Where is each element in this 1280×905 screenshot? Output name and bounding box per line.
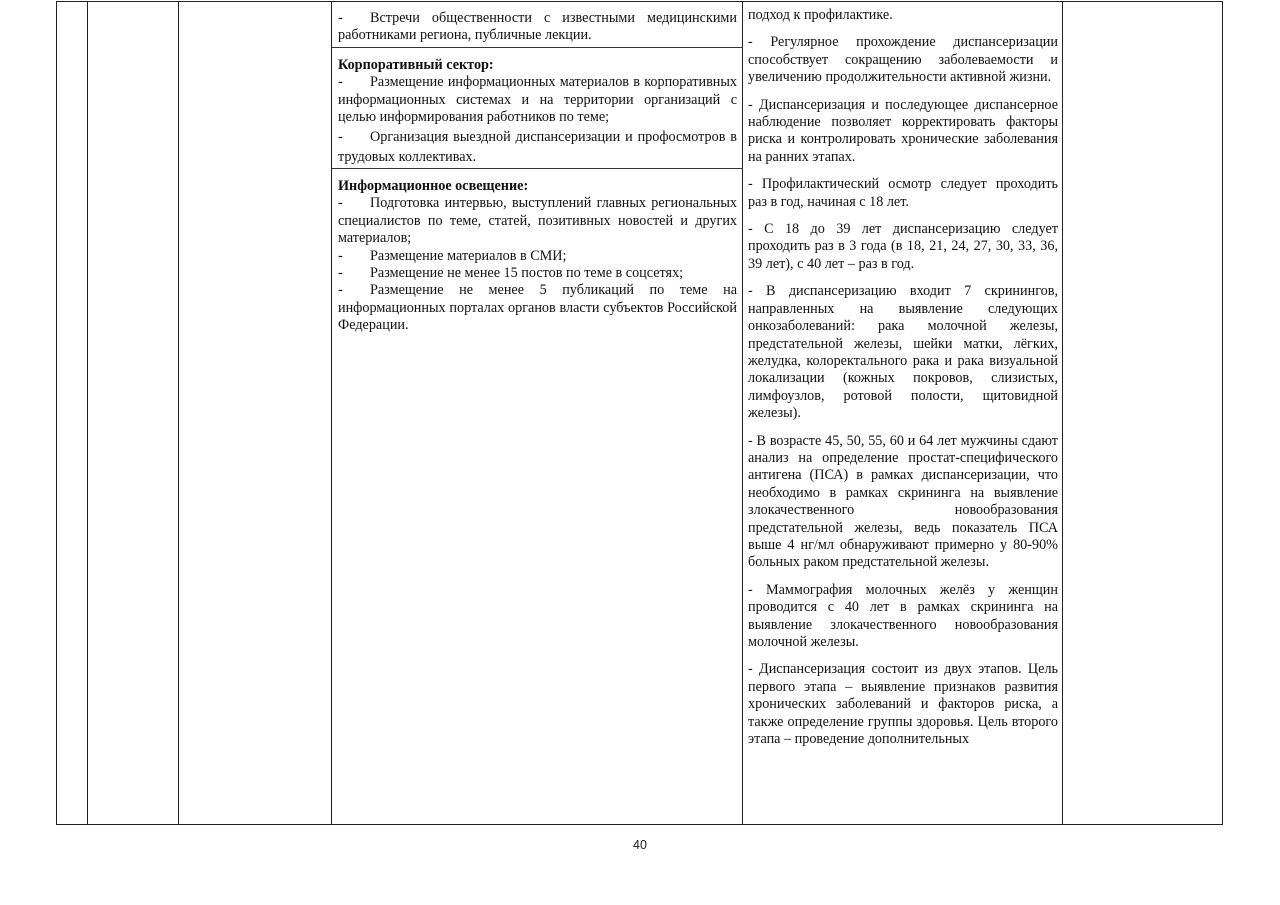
paragraph: - Маммография молочных желёз у женщин пр… [748, 582, 1058, 652]
table-cell-col2 [88, 2, 178, 824]
bullet-dash: - [338, 10, 370, 27]
row-divider [332, 168, 743, 169]
bullet-dash: - [338, 265, 370, 282]
list-item: -Встречи общественности с известными мед… [338, 10, 737, 45]
row-divider [332, 47, 743, 48]
list-item-text: Организация выездной диспансеризации и п… [338, 129, 737, 165]
list-item: -Организация выездной диспансеризации и … [338, 127, 737, 167]
list-item-text: Размещение не менее 5 публикаций по теме… [338, 282, 737, 333]
section-title: Корпоративный сектор: [338, 57, 737, 74]
list-item-text: Встречи общественности с известными меди… [338, 10, 737, 43]
table-cell-col6 [1063, 2, 1222, 824]
bullet-dash: - [338, 127, 370, 147]
paragraph: - Диспансеризация и последующее диспансе… [748, 97, 1058, 167]
list-item-text: Размещение информационных материалов в к… [338, 74, 737, 125]
bullet-dash: - [338, 248, 370, 265]
list-item: -Размещение материалов в СМИ; [338, 248, 737, 265]
paragraph: подход к профилактике. [748, 7, 1058, 24]
table-cell-col3 [179, 2, 331, 824]
paragraph: - В возрасте 45, 50, 55, 60 и 64 лет муж… [748, 433, 1058, 572]
list-item-text: Подготовка интервью, выступлений главных… [338, 195, 737, 246]
table-cell-key-messages: подход к профилактике. - Регулярное прох… [743, 2, 1063, 824]
list-item: -Подготовка интервью, выступлений главны… [338, 195, 737, 247]
bullet-dash: - [338, 195, 370, 212]
list-item-text: Размещение не менее 15 постов по теме в … [370, 265, 683, 281]
paragraph: - Диспансеризация состоит из двух этапов… [748, 661, 1058, 748]
section-title: Информационное освещение: [338, 178, 737, 195]
paragraph: - Профилактический осмотр следует проход… [748, 176, 1058, 211]
block-public-events: -Встречи общественности с известными мед… [332, 6, 743, 48]
list-item: -Размещение не менее 15 постов по теме в… [338, 265, 737, 282]
list-item-text: Размещение материалов в СМИ; [370, 248, 566, 264]
table-cell-col1 [57, 2, 87, 824]
paragraph: - В диспансеризацию входит 7 скринингов,… [748, 283, 1058, 422]
document-table: -Встречи общественности с известными мед… [56, 1, 1223, 825]
table-cell-measures: -Встречи общественности с известными мед… [332, 2, 743, 824]
block-corporate-sector: Корпоративный сектор: -Размещение информ… [332, 53, 743, 167]
bullet-dash: - [338, 282, 370, 299]
paragraph: - Регулярное прохождение диспансеризации… [748, 34, 1058, 86]
paragraph: - С 18 до 39 лет диспансеризацию следует… [748, 221, 1058, 273]
list-item: -Размещение информационных материалов в … [338, 74, 737, 126]
block-media-coverage: Информационное освещение: -Подготовка ин… [332, 174, 743, 335]
page-number: 40 [0, 838, 1280, 852]
bullet-dash: - [338, 74, 370, 91]
list-item: -Размещение не менее 5 публикаций по тем… [338, 282, 737, 334]
